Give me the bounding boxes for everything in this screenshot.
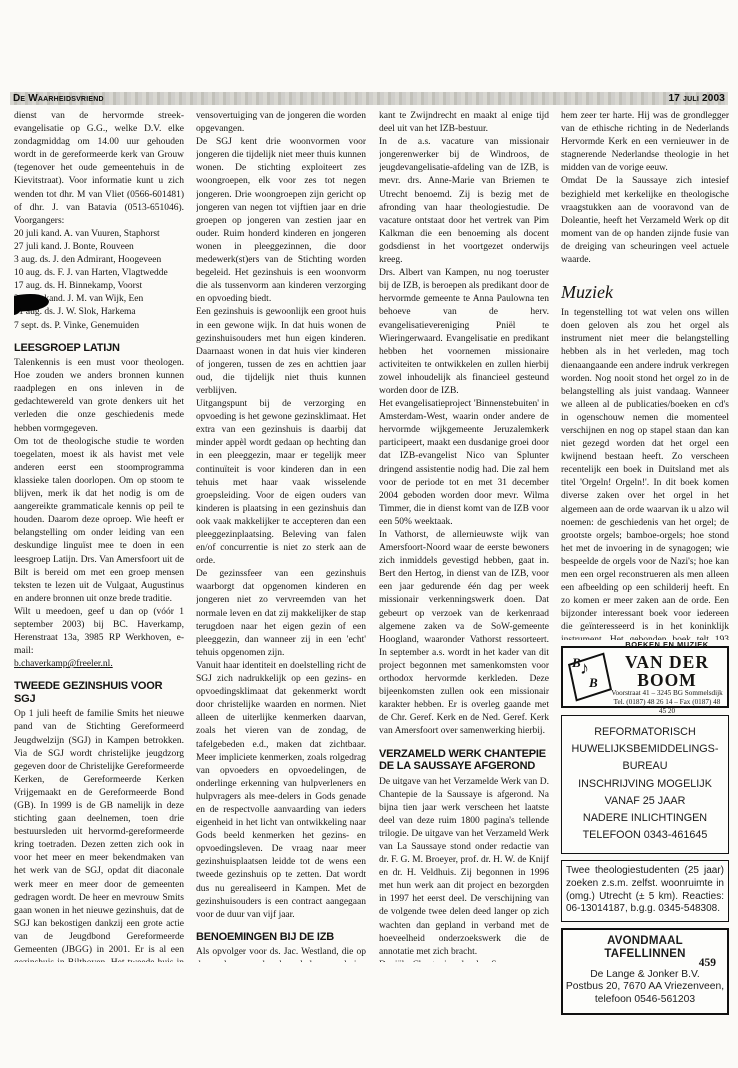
ad-line: De Lange & Jonker B.V. — [565, 969, 725, 981]
column-4-text: hem zeer ter harte. Hij was de grondlegg… — [561, 110, 729, 640]
ad-phone: Tel. (0187) 48 26 14 – Fax (0187) 48 45 … — [611, 698, 723, 716]
article-paragraph: Vanuit haar identiteit en doelstelling r… — [196, 660, 366, 922]
schedule-line: 3 aug. ds. J. den Admirant, Hoogeveen — [14, 254, 184, 267]
article-paragraph: Als opvolger voor ds. Jac. Westland, die… — [196, 946, 366, 962]
ad-text: Twee theologiestudenten (25 jaar) zoeken… — [566, 865, 724, 914]
issue-date: 17 juli 2003 — [669, 93, 726, 104]
ad-line: NADERE INLICHTINGEN — [564, 810, 726, 827]
section-heading: BENOEMINGEN BIJ DE IZB — [196, 931, 366, 944]
article-paragraph: Uitgangspunt bij de verzorging en opvoed… — [196, 398, 366, 568]
schedule-line: 7 sept. ds. P. Vinke, Genemuiden — [14, 320, 184, 333]
ad-line: INSCHRIJVING MOGELIJK — [564, 776, 726, 793]
text-column-4: hem zeer ter harte. Hij was de grondlegg… — [561, 110, 729, 1068]
article-paragraph: Het evangelisatieproject 'Binnenstebuite… — [379, 398, 549, 529]
article-paragraph: vensovertuiging van de jongeren die word… — [196, 110, 366, 136]
ad-theologiestudenten[interactable]: Twee theologiestudenten (25 jaar) zoeken… — [561, 860, 729, 921]
logo-letter-b2: B — [589, 676, 598, 689]
article-paragraph: De uitgave van het Verzamelde Werk van D… — [379, 776, 549, 959]
email-link[interactable]: b.chaverkamp@freeler.nl. — [14, 658, 184, 671]
text-column-1: dienst van de hervormde streek-evangelis… — [14, 110, 184, 962]
article-paragraph: Om tot de theologische studie te worden … — [14, 436, 184, 606]
schedule-line: 10 aug. ds. F. J. van Harten, Vlagtwedde — [14, 267, 184, 280]
article-paragraph: In Vathorst, de allernieuwste wijk van A… — [379, 529, 549, 739]
text-column-3: kant te Zwijndrecht en maakt al enige ti… — [379, 110, 549, 962]
article-paragraph: dienst van de hervormde streek-evangelis… — [14, 110, 184, 228]
article-paragraph: kant te Zwijndrecht en maakt al enige ti… — [379, 110, 549, 136]
section-heading: TWEEDE GEZINSHUIS VOOR SGJ — [14, 680, 184, 705]
ad-address: Voorstraat 41 – 3245 BG Sommelsdijk — [611, 689, 723, 698]
ad-huwelijksbureau[interactable]: REFORMATORISCH HUWELIJKSBEMIDDELINGS- BU… — [561, 715, 729, 854]
article-paragraph: Een gezinshuis is gewoonlijk een groot h… — [196, 306, 366, 398]
article-paragraph: In tegenstelling tot wat velen ons wille… — [561, 307, 729, 640]
masthead-title: De Waarheidsvriend — [13, 93, 104, 104]
article-paragraph: De SGJ kent drie woonvormen voor jongere… — [196, 136, 366, 306]
article-paragraph: In de a.s. vacature van missionair jonge… — [379, 136, 549, 267]
article-paragraph: De gezinssfeer van een gezinshuis waarbo… — [196, 568, 366, 660]
van-der-boom-text: BOEKEN EN MUZIEK VAN DER BOOM Voorstraat… — [611, 638, 723, 715]
ad-van-der-boom[interactable]: B ♪ B BOEKEN EN MUZIEK VAN DER BOOM Voor… — [561, 646, 729, 708]
page-header-bar: De Waarheidsvriend 17 juli 2003 — [10, 92, 728, 105]
article-paragraph: Drs. Albert van Kampen, nu nog toeruster… — [379, 267, 549, 398]
ad-line: BUREAU — [564, 758, 726, 775]
article-paragraph: Wilt u meedoen, geef u dan op (vóór 1 se… — [14, 606, 184, 658]
article-paragraph: hem zeer ter harte. Hij was de grondlegg… — [561, 110, 729, 175]
ad-line: HUWELIJKSBEMIDDELINGS- — [564, 741, 726, 758]
ad-avondmaal-tafellinnen[interactable]: AVONDMAAL TAFELLINNEN De Lange & Jonker … — [561, 928, 729, 1015]
van-der-boom-logo: B ♪ B — [565, 650, 611, 704]
service-schedule: 20 juli kand. A. van Vuuren, Staphorst27… — [14, 228, 184, 333]
article-paragraph: Op 1 juli heeft de familie Smits het nie… — [14, 708, 184, 962]
article-paragraph: Daniël Chantepie de la Saussaye was pred… — [379, 959, 549, 962]
ad-line: REFORMATORISCH — [564, 724, 726, 741]
music-note-icon: ♪ — [580, 662, 589, 675]
newspaper-page: De Waarheidsvriend 17 juli 2003 dienst v… — [0, 0, 738, 1068]
section-heading: VERZAMELD WERK CHANTEPIE DE LA SAUSSAYE … — [379, 748, 549, 773]
schedule-line: 20 juli kand. A. van Vuuren, Staphorst — [14, 228, 184, 241]
ad-store-name: VAN DER BOOM — [611, 653, 723, 689]
ad-kicker: BOEKEN EN MUZIEK — [611, 638, 723, 651]
ad-line: VANAF 25 JAAR — [564, 793, 726, 810]
schedule-line: 17 aug. ds. H. Binnekamp, Voorst — [14, 280, 184, 293]
section-heading-muziek: Muziek — [561, 282, 729, 302]
page-number: 459 — [699, 957, 716, 969]
article-paragraph: Omdat De la Saussaye zich intesief bezig… — [561, 175, 729, 267]
ad-line: telefoon 0546-561203 — [565, 994, 725, 1006]
text-column-2: vensovertuiging van de jongeren die word… — [196, 110, 366, 962]
section-heading: LEESGROEP LATIJN — [14, 342, 184, 355]
ad-line: TELEFOON 0343-461645 — [564, 827, 726, 844]
schedule-line: 27 juli kand. J. Bonte, Rouveen — [14, 241, 184, 254]
article-paragraph: Talenkennis is een must voor theologen. … — [14, 357, 184, 436]
ad-line: Postbus 20, 7670 AA Vriezenveen, — [565, 981, 725, 993]
